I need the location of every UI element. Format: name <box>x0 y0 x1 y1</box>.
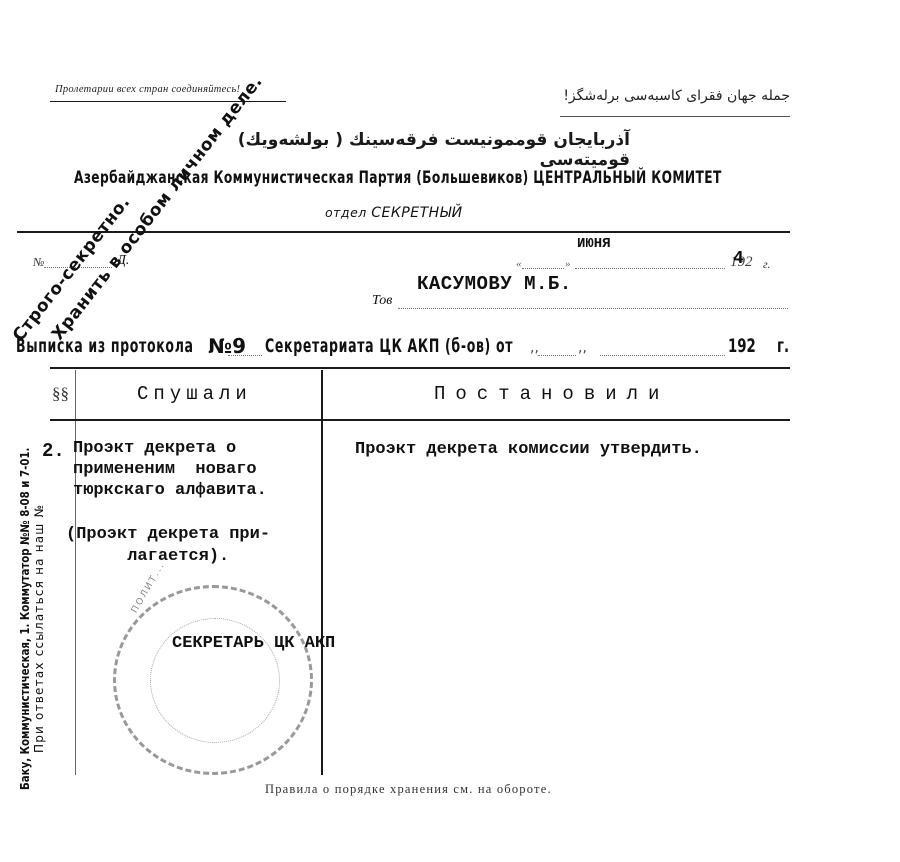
department-label: отдел <box>325 205 367 220</box>
secrecy-stamp-line2: Хранить в особом личном деле. <box>29 69 271 367</box>
row-heard-note: (Проэкт декрета при- лагается). <box>66 524 326 568</box>
column-header-heard: Спушали <box>137 383 252 405</box>
secrecy-stamp-line1: Строго-секретно. <box>5 50 247 348</box>
section-symbol: §§ <box>52 384 69 404</box>
date-year-suffix: г. <box>763 257 771 272</box>
column-divider <box>321 370 323 775</box>
extract-quote-open: ,, <box>530 340 539 356</box>
section-column-divider <box>75 370 76 775</box>
side-address-line: Баку, Коммунистическая, 1. Коммутатор №№… <box>18 433 32 790</box>
slogan-underline-right <box>560 116 790 117</box>
secrecy-stamp: Строго-секретно. Хранить в особом личном… <box>5 50 271 367</box>
column-header-decided: Постановили <box>434 383 669 405</box>
protocol-number-blank <box>228 355 262 356</box>
row-heard-text: Проэкт декрета о примененим новаго тюркс… <box>73 438 323 501</box>
date-quote-close: » <box>565 258 571 270</box>
table-header-rule <box>50 419 790 421</box>
signature-line: СЕКРЕТАРЬ ЦК АКП <box>172 634 335 653</box>
date-month: ИЮНЯ <box>577 236 611 252</box>
reference-number-label: № <box>33 255 44 270</box>
extract-quote-close: ,, <box>578 340 587 356</box>
extract-year: 192 <box>728 335 756 357</box>
addressee-label: Тов <box>372 293 392 309</box>
date-day-typed: 4 <box>733 249 744 269</box>
table-top-rule <box>50 367 790 369</box>
date-day-blank <box>522 268 564 269</box>
side-reference-line: При ответах ссылаться на наш № <box>32 370 46 790</box>
extract-month-blank <box>600 355 725 356</box>
title-arabic-script: آذربایجان قوممونیست فرقه‌سینك ( بولشه‌وی… <box>170 130 630 170</box>
department-line: отдел СЕКРЕТНЫЙ <box>325 205 463 221</box>
extract-year-suffix: г. <box>777 335 789 357</box>
footer-note: Правила о порядке хранения см. на оборот… <box>265 782 552 797</box>
addressee-blank <box>398 308 788 309</box>
date-month-blank <box>575 268 725 269</box>
addressee-name: КАСУМОВУ М.Б. <box>417 273 572 295</box>
row-decision-text: Проэкт декрета комиссии утвердить. <box>355 440 702 459</box>
side-address-text: Баку, Коммунистическая, 1. Коммутатор №№… <box>18 370 46 790</box>
extract-body: Секретариата ЦК АКП (б-ов) от <box>265 335 513 357</box>
date-quote-open: « <box>516 258 522 270</box>
department-value: СЕКРЕТНЫЙ <box>371 205 462 221</box>
slogan-arabic-script: جمله جهان فقرای کاسبه‌سی برله‌شگز! <box>560 88 790 104</box>
extract-day-blank <box>538 355 576 356</box>
